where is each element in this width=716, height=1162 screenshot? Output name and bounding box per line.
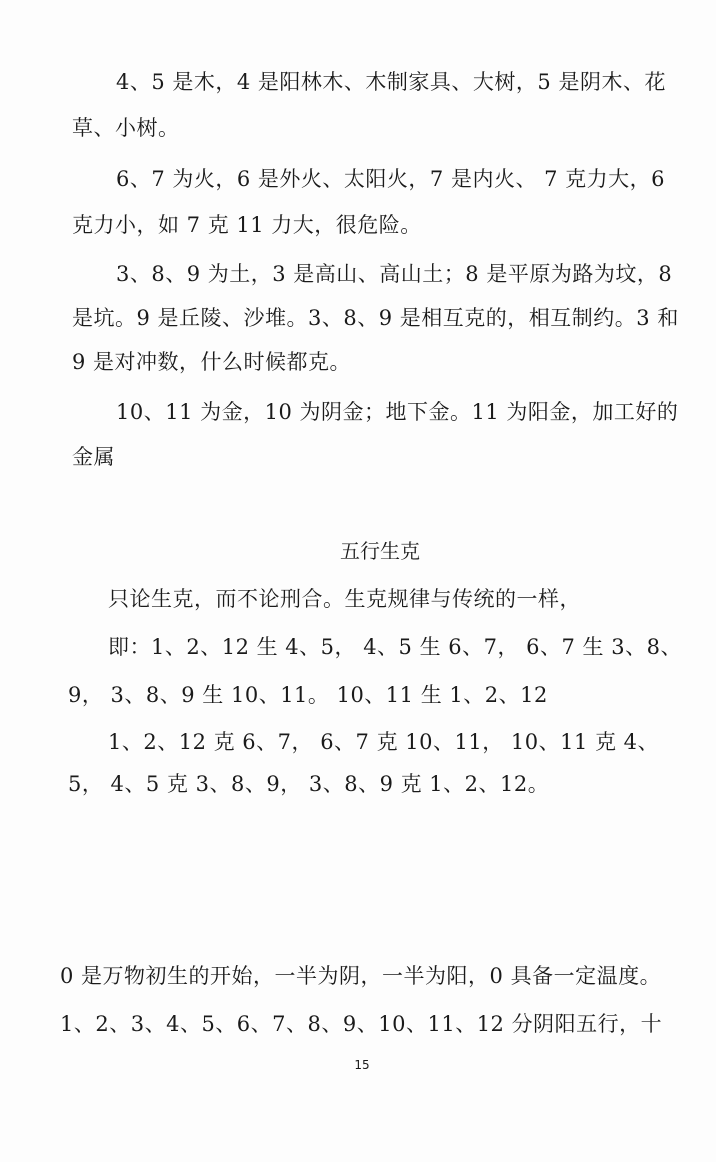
closing-line-1: 0 是万物初生的开始，一半为阴，一半为阳，0 具备一定温度。 [60,962,661,990]
section-intro: 只论生克，而不论刑合。生克规律与传统的一样， [108,585,581,613]
paragraph-wood-line-1: 4、5 是木，4 是阳林木、木制家具、大树，5 是阴木、花 [116,68,666,96]
paragraph-metal-line-1: 10、11 为金，10 为阴金；地下金。11 为阳金，加工好的 [116,398,678,426]
paragraph-earth-line-3: 9 是对冲数，什么时候都克。 [72,348,351,376]
closing-line-2: 1、2、3、4、5、6、7、8、9、10、11、12 分阴阳五行，十 [60,1010,662,1038]
paragraph-earth-line-1: 3、8、9 为土，3 是高山、高山土；8 是平原为路为坟，8 [116,260,672,288]
paragraph-metal-line-2: 金属 [72,443,115,471]
ke-line-1: 1、2、12 克 6、7， 6、7 克 10、11， 10、11 克 4、 [108,728,659,756]
sheng-line-2: 9， 3、8、9 生 10、11。 10、11 生 1、2、12 [68,681,548,709]
paragraph-fire-line-2: 克力小，如 7 克 11 力大，很危险。 [72,211,422,239]
sheng-line-1: 即：1、2、12 生 4、5， 4、5 生 6、7， 6、7 生 3、8、 [108,633,682,661]
page-number: 15 [0,1058,716,1072]
paragraph-wood-line-2: 草、小树。 [72,114,180,142]
paragraph-fire-line-1: 6、7 为火，6 是外火、太阳火，7 是内火、 7 克力大，6 [116,165,665,193]
paragraph-earth-line-2: 是坑。9 是丘陵、沙堆。3、8、9 是相互克的，相互制约。3 和 [72,304,679,332]
section-title: 五行生克 [0,537,716,565]
ke-line-2: 5， 4、5 克 3、8、9， 3、8、9 克 1、2、12。 [68,770,549,798]
